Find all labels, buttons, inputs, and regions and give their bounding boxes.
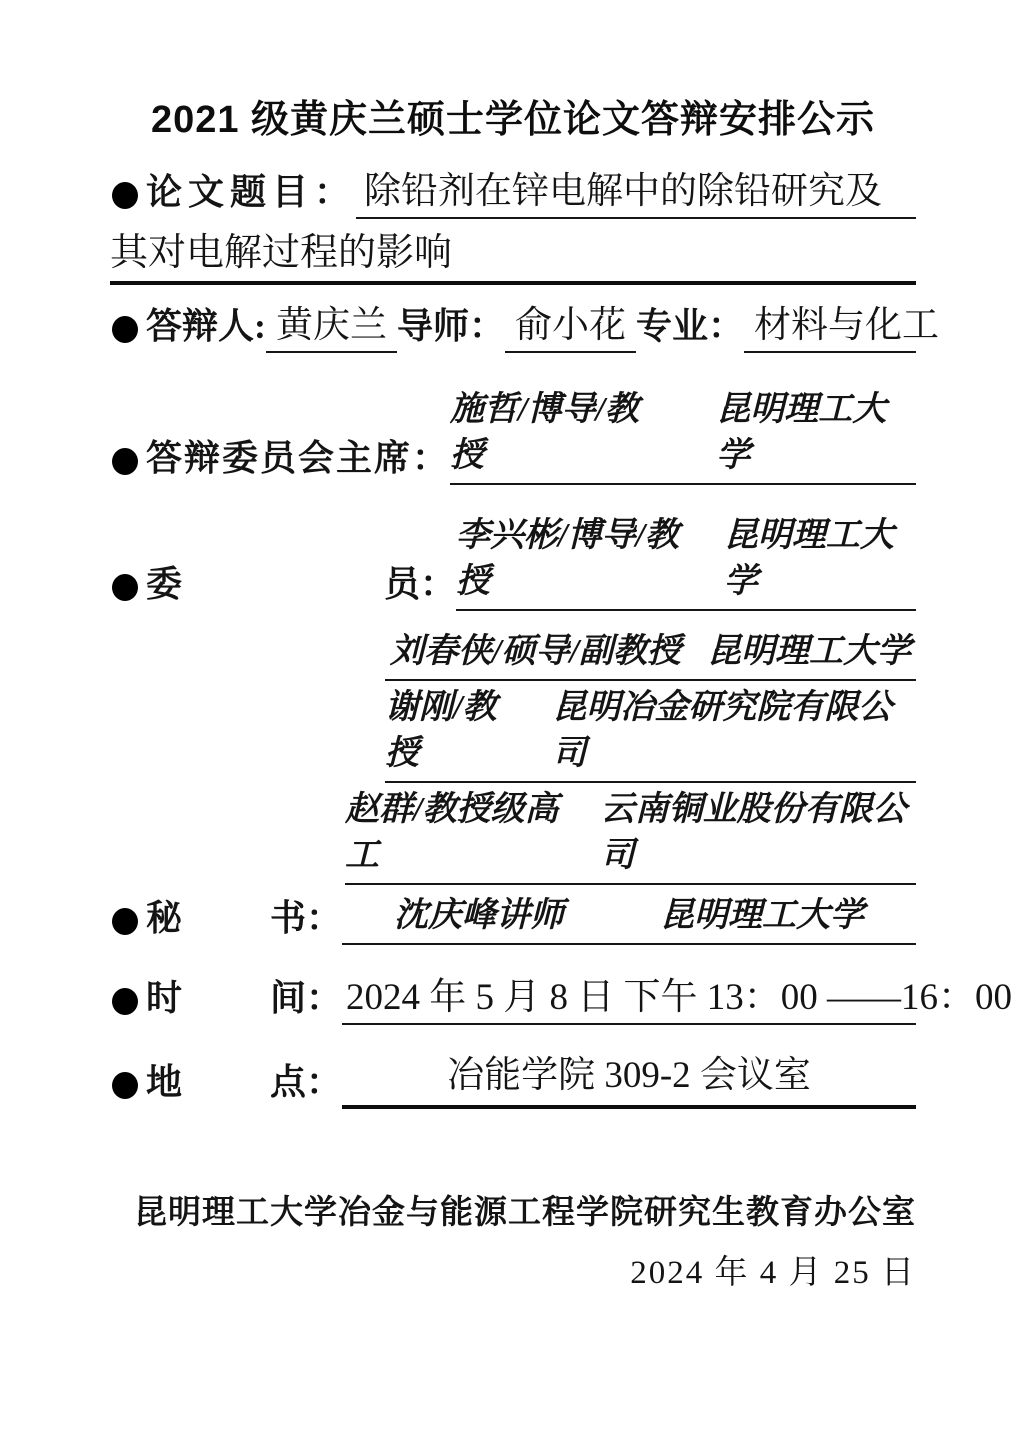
member-person: 刘春侠/硕导/副教授 [390, 629, 681, 675]
bullet-icon [112, 1072, 138, 1099]
major-value: 材料与化工 [744, 303, 916, 353]
member-person: 谢刚/教授 [385, 685, 526, 777]
thesis-title-value-line1: 除铅剂在锌电解中的除铅研究及 [356, 169, 916, 219]
secretary-label-second: 书： [270, 895, 342, 945]
member-org: 昆明理工大学 [724, 513, 916, 605]
committee-member-row: 赵群/教授级高工 云南铜业股份有限公司 [345, 787, 916, 885]
committee-label-first: 委 [146, 561, 184, 611]
location-value-wrap: 冶能学院 309-2 会议室 [342, 1053, 916, 1109]
bullet-icon [112, 908, 138, 935]
member-person: 李兴彬/博导/教授 [456, 513, 698, 605]
secretary-row: 秘 书： 沈庆峰讲师 昆明理工大学 [110, 893, 916, 945]
footer-date: 2024 年 4 月 25 日 [110, 1253, 916, 1293]
committee-member-row: 谢刚/教授 昆明冶金研究院有限公司 [385, 685, 916, 783]
bullet-icon [112, 448, 138, 475]
location-value: 冶能学院 309-2 会议室 [447, 1053, 811, 1101]
committee-label-second: 员： [384, 561, 456, 611]
time-row: 时 间： 2024 年 5 月 8 日 下午 13：00 ——16：00 [110, 975, 916, 1025]
committee-row: 委 员： 李兴彬/博导/教授 昆明理工大学 [110, 513, 916, 611]
thesis-title-row: 论文题目： 除铅剂在锌电解中的除铅研究及 [110, 169, 916, 219]
document-page: 2021 级黄庆兰硕士学位论文答辩安排公示 论文题目： 除铅剂在锌电解中的除铅研… [0, 0, 1024, 1448]
location-row: 地 点： 冶能学院 309-2 会议室 [110, 1053, 916, 1109]
committee-member-row: 李兴彬/博导/教授 昆明理工大学 [456, 513, 916, 611]
page-title: 2021 级黄庆兰硕士学位论文答辩安排公示 [110, 95, 916, 145]
location-label-second: 点： [270, 1059, 342, 1109]
member-org: 昆明理工大学 [707, 629, 911, 675]
thesis-title-value-line2: 其对电解过程的影响 [110, 229, 916, 285]
time-label-first: 时 [146, 975, 184, 1025]
footer: 昆明理工大学冶金与能源工程学院研究生教育办公室 2024 年 4 月 25 日 [110, 1193, 916, 1293]
member-org: 云南铜业股份有限公司 [601, 787, 916, 879]
supervisor-label: 导师： [397, 303, 505, 353]
secretary-label-first: 秘 [146, 895, 184, 945]
bullet-icon [112, 574, 138, 601]
footer-org: 昆明理工大学冶金与能源工程学院研究生教育办公室 [110, 1193, 916, 1233]
secretary-value: 沈庆峰讲师 昆明理工大学 [342, 893, 916, 945]
document-content: 2021 级黄庆兰硕士学位论文答辩安排公示 论文题目： 除铅剂在锌电解中的除铅研… [110, 95, 916, 1293]
major-label: 专业： [636, 303, 744, 353]
committee-member-row: 刘春侠/硕导/副教授 昆明理工大学 [385, 629, 916, 681]
secretary-person: 沈庆峰讲师 [394, 893, 564, 939]
member-org: 昆明冶金研究院有限公司 [552, 685, 916, 777]
chair-org: 昆明理工大学 [716, 387, 916, 479]
chair-value: 施哲/博导/教授 昆明理工大学 [450, 387, 916, 485]
location-label-first: 地 [146, 1059, 184, 1109]
bullet-icon [112, 988, 138, 1015]
time-label-second: 间： [270, 975, 342, 1025]
defender-label: 答辩人: [146, 303, 266, 353]
chair-label: 答辩委员会主席： [146, 435, 450, 485]
defender-value: 黄庆兰 [266, 303, 397, 353]
chair-row: 答辩委员会主席： 施哲/博导/教授 昆明理工大学 [110, 387, 916, 485]
defender-row: 答辩人: 黄庆兰 导师： 俞小花 专业： 材料与化工 [110, 303, 916, 353]
bullet-icon [112, 182, 138, 209]
chair-person: 施哲/博导/教授 [450, 387, 668, 479]
thesis-title-label: 论文题目： [146, 169, 356, 219]
member-person: 赵群/教授级高工 [345, 787, 575, 879]
bullet-icon [112, 316, 138, 343]
secretary-org: 昆明理工大学 [660, 893, 864, 939]
supervisor-value: 俞小花 [505, 303, 636, 353]
time-value: 2024 年 5 月 8 日 下午 13：00 ——16：00 [342, 975, 916, 1025]
